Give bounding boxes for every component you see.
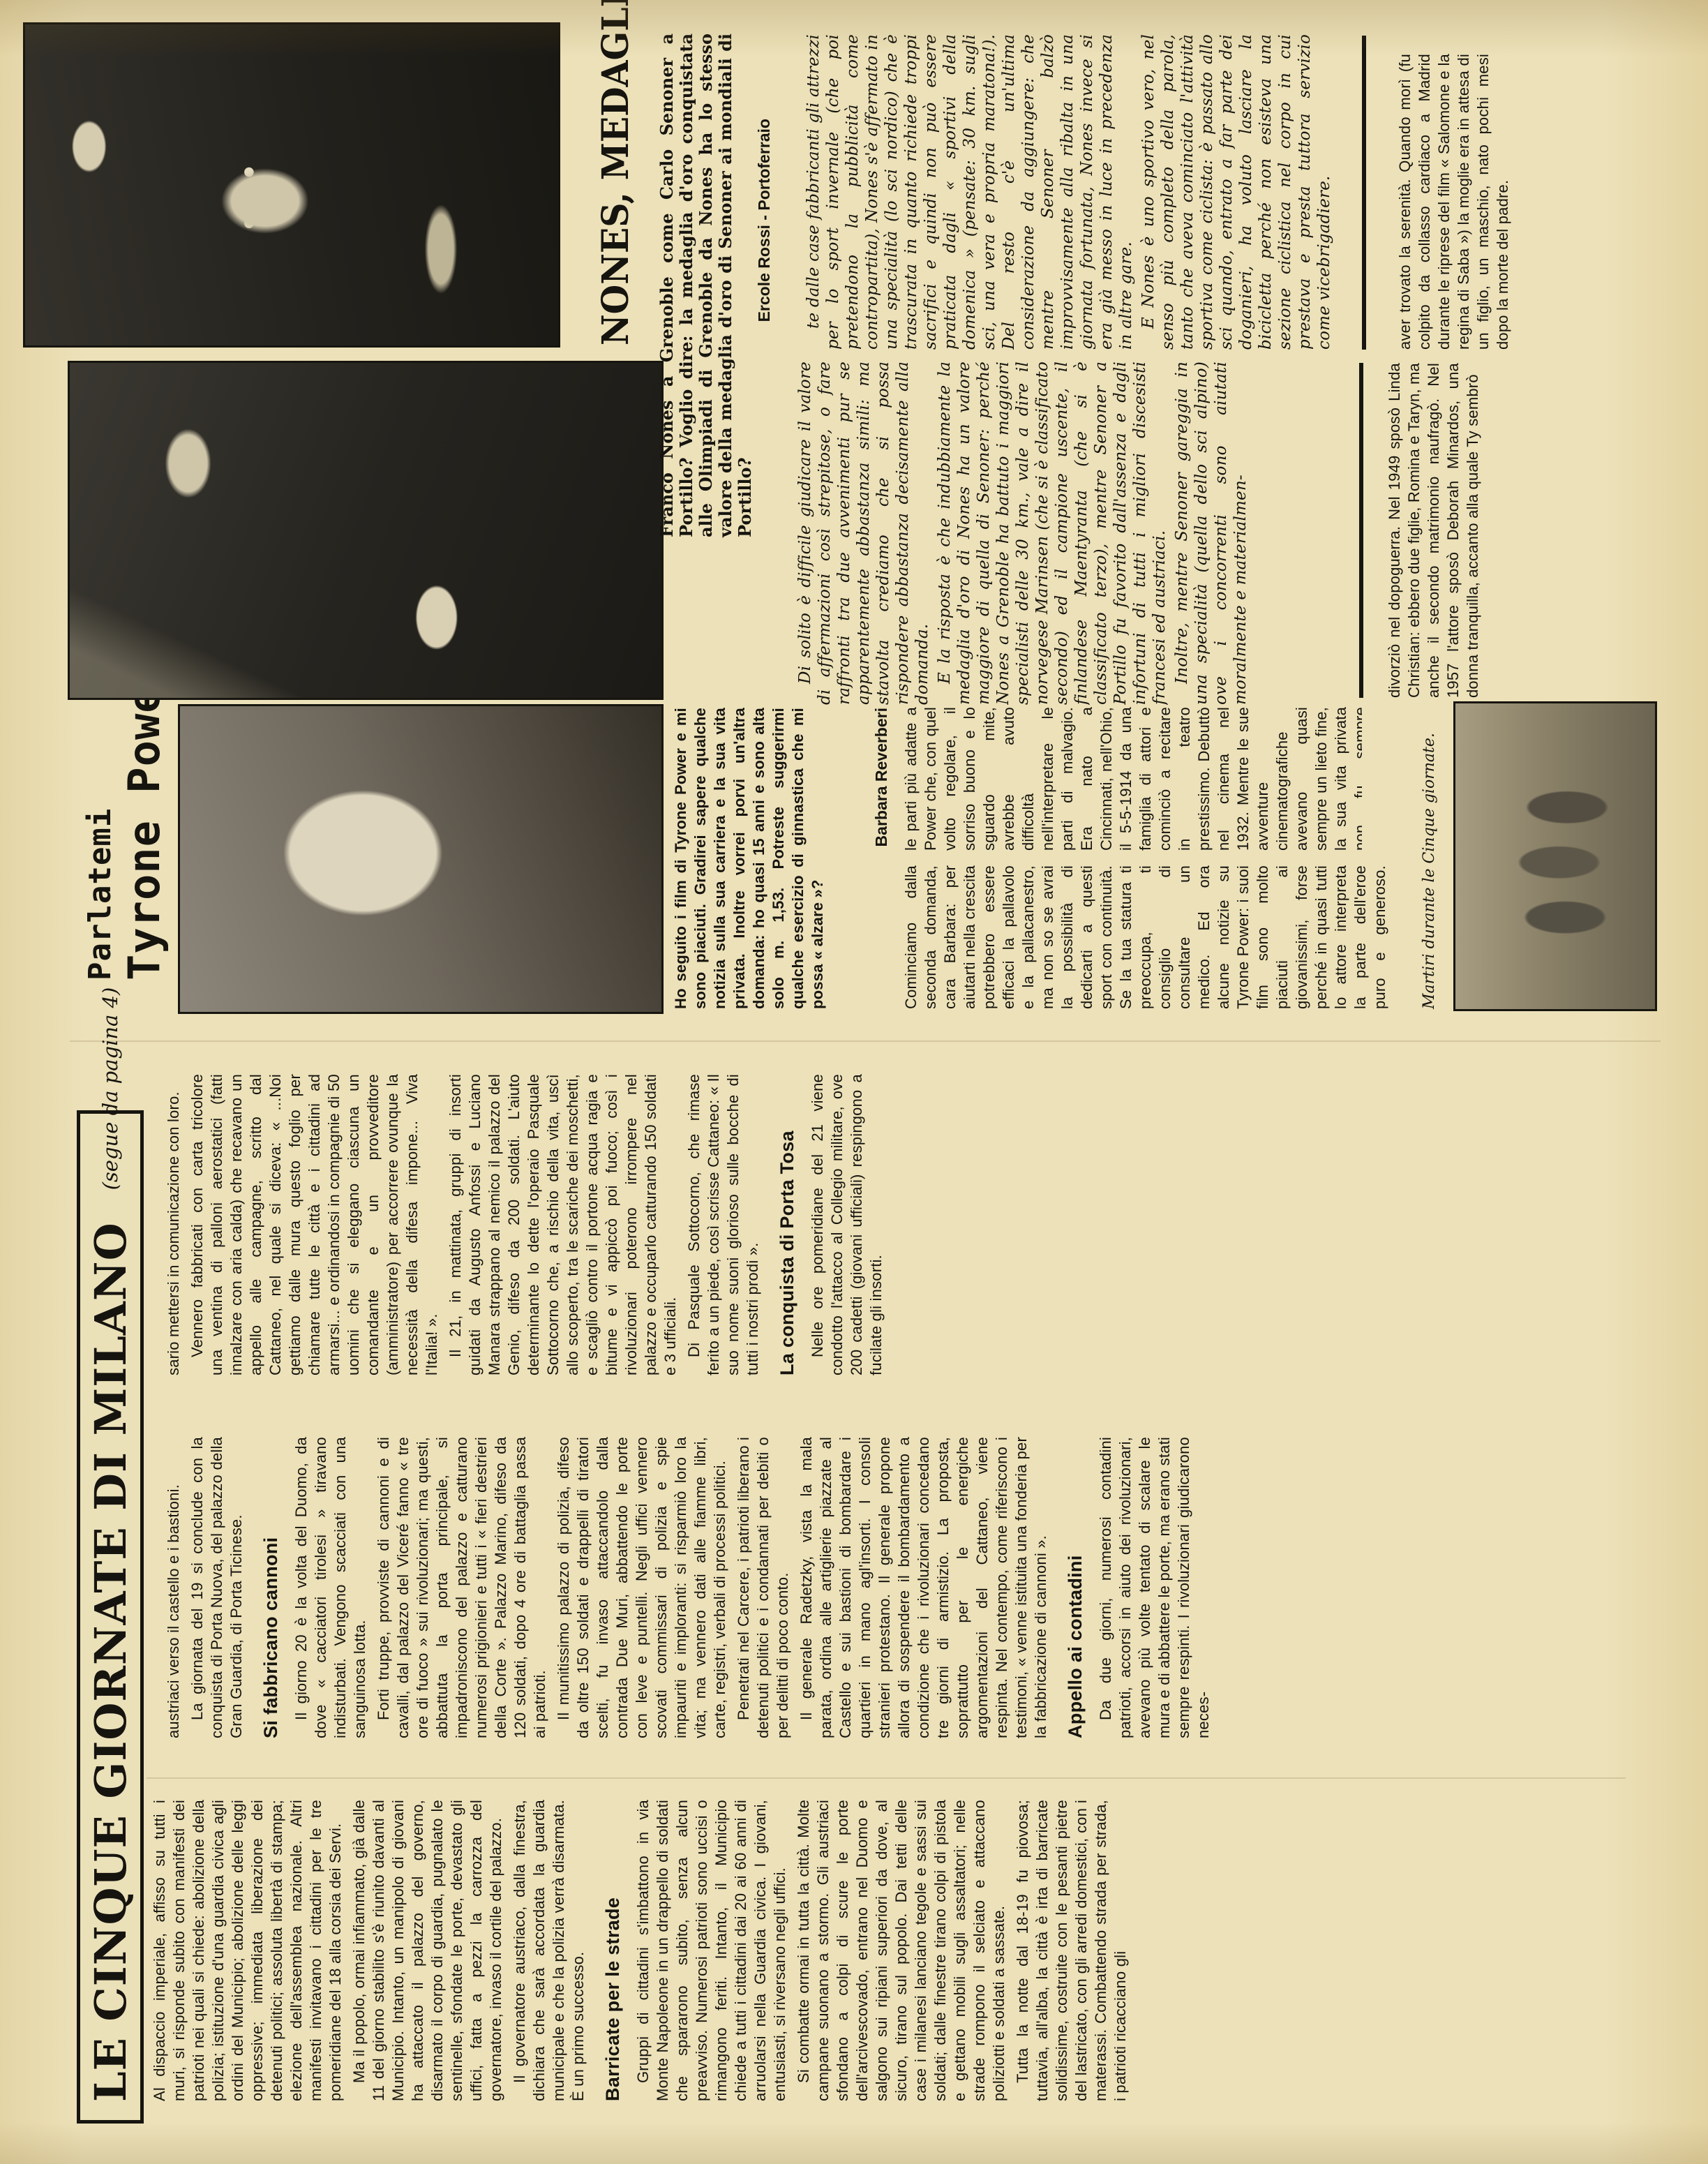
tyrone-power-question: Ho seguito i film di Tyrone Power e mi s… — [671, 708, 827, 1009]
milano-paragraph: Si combatte ormai in tutta la città. Mol… — [794, 1800, 1009, 2101]
column-gutter-line — [70, 1040, 1661, 1042]
nones-answer-paragraph: E la risposta è che indubbiamente la med… — [935, 361, 1169, 705]
section-divider-rule — [1359, 363, 1363, 698]
milano-title: LE CINQUE GIORNATE DI MILANO — [85, 1222, 136, 2102]
milano-paragraph: Il munitissimo palazzo di polizia, difes… — [554, 1437, 730, 1738]
nones-headline: NONES, MEDAGLIA D'ORO — [594, 59, 637, 345]
milano-paragraph: Al dispaccio imperiale, affisso su tutti… — [150, 1800, 345, 2101]
nones-celebration-photo — [70, 363, 661, 698]
tyrone-power-continuation-b: aver trovato la serenità. Quando morì (f… — [1395, 54, 1557, 350]
milano-paragraph: Gruppi di cittadini s'imbattono in via M… — [634, 1800, 790, 2101]
milano-paragraph: Penetrati nel Carcere, i patrioti libera… — [734, 1437, 793, 1738]
martiri-cinque-giornate-photo — [1455, 703, 1655, 1009]
nones-answer-paragraph: Di solito è difficile giudicare il valor… — [795, 361, 932, 705]
tyrone-power-heading: Tyrone Power — [119, 659, 170, 980]
milano-continued-note: (segue da pagina 4) — [98, 987, 122, 1191]
scanned-newspaper-screenshot: { "page": { "rotation_note": "magazine p… — [0, 0, 1708, 2164]
parlatemi-heading: Parlatemi — [82, 808, 118, 980]
nones-answer-paragraph: te dalle case fabbricanti gli attrezzi p… — [804, 34, 1136, 350]
milano-paragraph: Di Pasquale Sottocorno, che rimase ferit… — [684, 1074, 763, 1375]
milano-paragraph: Il giorno 20 è la volta del Duomo, da do… — [292, 1437, 370, 1738]
tyrone-power-question-byline: Barbara Reverberi — [872, 708, 891, 1009]
section-divider-rule — [1362, 36, 1366, 350]
milano-column-2: austriaci verso il castello e i bastioni… — [164, 1437, 1706, 1738]
nones-answer-paragraph: E Nones è uno sportivo vero, nel senso p… — [1139, 34, 1334, 350]
milano-paragraph: austriaci verso il castello e i bastioni… — [164, 1437, 183, 1738]
milano-paragraph: Nelle ore pomeridiane del 21 viene condo… — [808, 1074, 886, 1375]
milano-paragraph: La giornata del 19 si conclude con la co… — [188, 1437, 246, 1738]
milano-paragraph: Tutta la notte dal 18-19 fu piovosa; tut… — [1013, 1800, 1130, 2101]
magazine-page: LE CINQUE GIORNATE DI MILANO (segue da p… — [0, 0, 1708, 2164]
tyrone-power-continuation-a: divorziò nel dopoguerra. Nel 1949 sposò … — [1385, 363, 1505, 698]
tyrone-power-answer-column-1: Cominciamo dalla seconda domanda, cara B… — [901, 865, 1390, 1009]
milano-subhead-barricate: Barricate per le strade — [602, 1800, 624, 2101]
milano-paragraph: Vennero fabbricati con carta tricolore u… — [188, 1074, 442, 1375]
tyrone-power-portrait-photo — [180, 706, 661, 1012]
nones-question: Franco Nones a Grenoble come Carlo Senon… — [657, 33, 755, 537]
milano-paragraph: Da due giorni, numerosi contadini patrio… — [1096, 1437, 1213, 1738]
column-gutter-line — [147, 1777, 1626, 1779]
milano-paragraph: Forti truppe, provviste di cannoni e di … — [374, 1437, 550, 1738]
milano-paragraph: Il generale Radetzky, vista la mala para… — [797, 1437, 1051, 1738]
tyrone-power-answer-column-2: le parti più adatte a Power che, con que… — [901, 707, 1362, 851]
nones-answer-paragraph: Inoltre, mentre Senoner gareggia in una … — [1172, 361, 1250, 705]
nones-question-byline: Ercole Rossi - Portoferraio — [755, 119, 774, 537]
milano-column-3: sario mettersi in comunicazione con loro… — [164, 1074, 1706, 1375]
milano-column-1: Al dispaccio imperiale, affisso su tutti… — [150, 1800, 1619, 2101]
milano-paragraph: Il 21, in mattinata, gruppi di insorti g… — [446, 1074, 680, 1375]
milano-subhead-porta-tosa: La conquista di Porta Tosa — [777, 1074, 798, 1375]
milano-subhead-cannoni: Si fabbricano cannoni — [260, 1437, 282, 1738]
milano-title-box: LE CINQUE GIORNATE DI MILANO (segue da p… — [77, 1110, 144, 2124]
nones-answer-column-left: Di solito è difficile giudicare il valor… — [795, 361, 1340, 705]
nones-answer-column-right: te dalle case fabbricanti gli attrezzi p… — [804, 34, 1348, 350]
martiri-photo-caption: Martiri durante le Cinque giornate. — [1421, 703, 1438, 1009]
milano-subhead-appello: Appello ai contadini — [1065, 1437, 1086, 1738]
milano-paragraph: Ma il popolo, ormai infiammato, già dall… — [350, 1800, 506, 2101]
milano-paragraph: sario mettersi in comunicazione con loro… — [164, 1074, 183, 1375]
nones-skiing-photo — [25, 24, 558, 345]
milano-paragraph: Il governatore austriaco, dalla finestra… — [510, 1800, 588, 2101]
